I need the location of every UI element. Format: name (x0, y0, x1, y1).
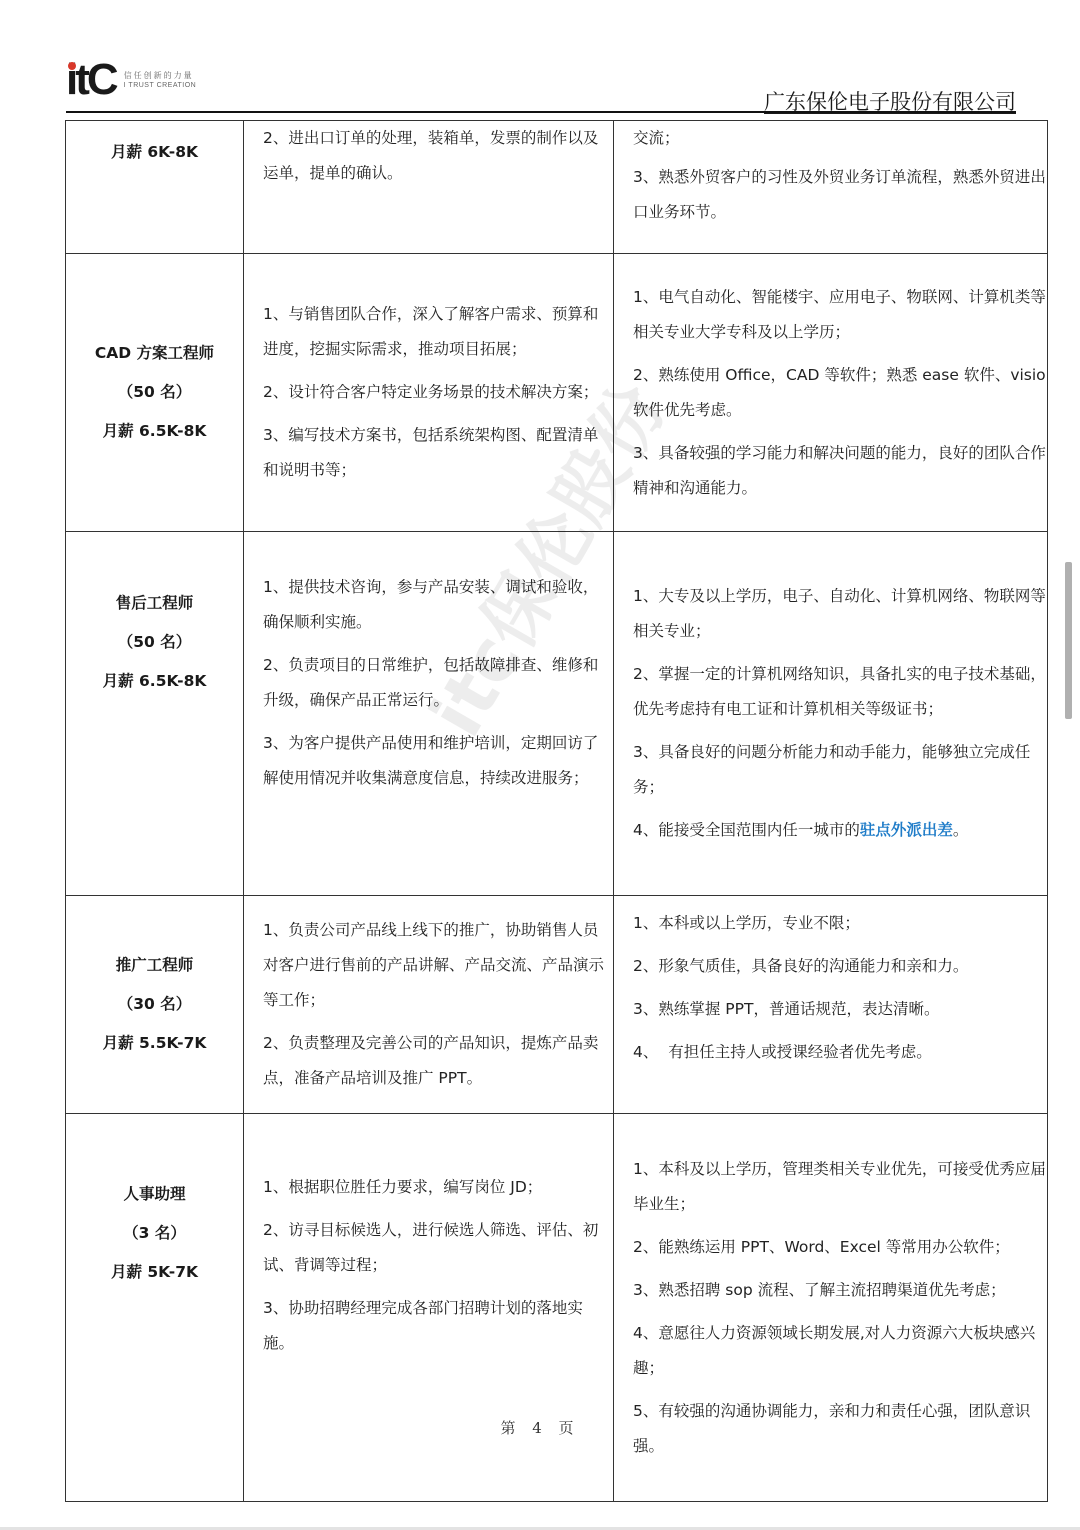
position-count: （3 名） (66, 1214, 243, 1253)
table-row: 人事助理 （3 名） 月薪 5K-7K 1、根据职位胜任力要求，编写岗位 JD；… (66, 1114, 1048, 1502)
position-salary: 月薪 5.5K-7K (66, 1024, 243, 1063)
position-cell: 人事助理 （3 名） 月薪 5K-7K (66, 1114, 244, 1502)
duty-item: 1、提供技术咨询，参与产品安装、调试和验收，确保顺利实施。 (263, 570, 613, 640)
page-header: itC 信任创新的力量 I TRUST CREATION 广东保伦电子股份有限公… (0, 0, 1080, 118)
requirement-item: 3、熟悉外贸客户的习性及外贸业务订单流程，熟悉外贸进出口业务环节。 (633, 160, 1047, 230)
duty-item: 3、为客户提供产品使用和维护培训，定期回访了解使用情况并收集满意度信息，持续改进… (263, 726, 613, 796)
requirement-item: 2、能熟练运用 PPT、Word、Excel 等常用办公软件； (633, 1230, 1047, 1265)
requirement-item: 2、掌握一定的计算机网络知识，具备扎实的电子技术基础，优先考虑持有电工证和计算机… (633, 657, 1047, 727)
highlighted-requirement: 驻点外派出差 (860, 821, 953, 839)
requirement-item: 4、意愿往人力资源领域长期发展,对人力资源六大板块感兴趣； (633, 1316, 1047, 1386)
duty-item: 3、协助招聘经理完成各部门招聘计划的落地实施。 (263, 1291, 613, 1361)
position-salary: 月薪 6.5K-8K (66, 662, 243, 701)
requirement-item: 4、能接受全国范围内任一城市的驻点外派出差。 (633, 813, 1047, 848)
position-count: （50 名） (66, 373, 243, 412)
requirement-item: 3、熟练掌握 PPT，普通话规范，表达清晰。 (633, 992, 1047, 1027)
table-row: 售后工程师 （50 名） 月薪 6.5K-8K 1、提供技术咨询，参与产品安装、… (66, 532, 1048, 896)
requirement-item: 3、熟悉招聘 sop 流程、了解主流招聘渠道优先考虑； (633, 1273, 1047, 1308)
itc-logo-icon: itC (66, 58, 116, 102)
position-title: 人事助理 (66, 1175, 243, 1214)
duties-cell: 1、提供技术咨询，参与产品安装、调试和验收，确保顺利实施。 2、负责项目的日常维… (244, 532, 614, 896)
position-title: 推广工程师 (66, 946, 243, 985)
requirement-item: 交流； (633, 121, 1047, 156)
duties-cell: 2、进出口订单的处理，装箱单，发票的制作以及运单，提单的确认。 (244, 121, 614, 254)
position-salary: 月薪 6.5K-8K (66, 412, 243, 451)
duty-item: 1、与销售团队合作，深入了解客户需求、预算和进度，挖掘实际需求，推动项目拓展； (263, 297, 613, 367)
logo-slogan: 信任创新的力量 (124, 70, 197, 81)
requirement-item: 1、本科及以上学历，管理类相关专业优先，可接受优秀应届毕业生； (633, 1152, 1047, 1222)
duties-cell: 1、与销售团队合作，深入了解客户需求、预算和进度，挖掘实际需求，推动项目拓展； … (244, 254, 614, 532)
position-title: CAD 方案工程师 (66, 334, 243, 373)
position-count: （30 名） (66, 985, 243, 1024)
requirement-item: 4、 有担任主持人或授课经验者优先考虑。 (633, 1035, 1047, 1070)
logo-english: I TRUST CREATION (124, 81, 197, 91)
position-cell: 月薪 6K-8K (66, 121, 244, 254)
logo-text: 信任创新的力量 I TRUST CREATION (124, 70, 197, 91)
logo-red-dot (68, 62, 76, 70)
position-cell: CAD 方案工程师 （50 名） 月薪 6.5K-8K (66, 254, 244, 532)
duty-item: 1、负责公司产品线上线下的推广，协助销售人员对客户进行售前的产品讲解、产品交流、… (263, 913, 613, 1018)
duty-item: 1、根据职位胜任力要求，编写岗位 JD； (263, 1170, 613, 1205)
table-row: CAD 方案工程师 （50 名） 月薪 6.5K-8K 1、与销售团队合作，深入… (66, 254, 1048, 532)
duty-item: 2、访寻目标候选人，进行候选人筛选、评估、初试、背调等过程； (263, 1213, 613, 1283)
duty-item: 2、设计符合客户特定业务场景的技术解决方案； (263, 375, 613, 410)
requirement-item: 1、大专及以上学历，电子、自动化、计算机网络、物联网等相关专业； (633, 579, 1047, 649)
requirement-text: 4、能接受全国范围内任一城市的 (633, 821, 860, 839)
requirements-cell: 交流； 3、熟悉外贸客户的习性及外贸业务订单流程，熟悉外贸进出口业务环节。 (614, 121, 1048, 254)
duty-item: 2、负责项目的日常维护，包括故障排查、维修和升级，确保产品正常运行。 (263, 648, 613, 718)
position-count: （50 名） (66, 623, 243, 662)
duties-cell: 1、根据职位胜任力要求，编写岗位 JD； 2、访寻目标候选人，进行候选人筛选、评… (244, 1114, 614, 1502)
position-salary: 月薪 5K-7K (66, 1253, 243, 1292)
requirement-text: 。 (953, 821, 969, 839)
vertical-scrollbar[interactable] (1065, 562, 1072, 719)
company-logo: itC 信任创新的力量 I TRUST CREATION (66, 58, 196, 102)
requirement-item: 1、本科或以上学历，专业不限； (633, 906, 1047, 941)
position-salary: 月薪 6K-8K (66, 133, 243, 172)
requirement-item: 2、形象气质佳，具备良好的沟通能力和亲和力。 (633, 949, 1047, 984)
table-row: 推广工程师 （30 名） 月薪 5.5K-7K 1、负责公司产品线上线下的推广，… (66, 896, 1048, 1114)
requirement-item: 2、熟练使用 Office，CAD 等软件；熟悉 ease 软件、visio 软… (633, 358, 1047, 428)
position-cell: 推广工程师 （30 名） 月薪 5.5K-7K (66, 896, 244, 1114)
requirement-item: 3、具备较强的学习能力和解决问题的能力，良好的团队合作精神和沟通能力。 (633, 436, 1047, 506)
duty-item: 2、负责整理及完善公司的产品知识，提炼产品卖点，准备产品培训及推广 PPT。 (263, 1026, 613, 1096)
requirements-cell: 1、大专及以上学历，电子、自动化、计算机网络、物联网等相关专业； 2、掌握一定的… (614, 532, 1048, 896)
page-number: 第 4 页 (0, 1417, 1080, 1438)
duty-item: 2、进出口订单的处理，装箱单，发票的制作以及运单，提单的确认。 (263, 121, 613, 191)
requirements-cell: 1、本科或以上学历，专业不限； 2、形象气质佳，具备良好的沟通能力和亲和力。 3… (614, 896, 1048, 1114)
table-row: 月薪 6K-8K 2、进出口订单的处理，装箱单，发票的制作以及运单，提单的确认。… (66, 121, 1048, 254)
header-divider (66, 111, 1016, 113)
requirements-cell: 1、本科及以上学历，管理类相关专业优先，可接受优秀应届毕业生； 2、能熟练运用 … (614, 1114, 1048, 1502)
duties-cell: 1、负责公司产品线上线下的推广，协助销售人员对客户进行售前的产品讲解、产品交流、… (244, 896, 614, 1114)
requirement-item: 1、电气自动化、智能楼宇、应用电子、物联网、计算机类等相关专业大学专科及以上学历… (633, 280, 1047, 350)
position-title: 售后工程师 (66, 584, 243, 623)
requirements-cell: 1、电气自动化、智能楼宇、应用电子、物联网、计算机类等相关专业大学专科及以上学历… (614, 254, 1048, 532)
requirement-item: 3、具备良好的问题分析能力和动手能力，能够独立完成任务； (633, 735, 1047, 805)
position-cell: 售后工程师 （50 名） 月薪 6.5K-8K (66, 532, 244, 896)
duty-item: 3、编写技术方案书，包括系统架构图、配置清单和说明书等； (263, 418, 613, 488)
job-listing-table: 月薪 6K-8K 2、进出口订单的处理，装箱单，发票的制作以及运单，提单的确认。… (65, 120, 1048, 1502)
